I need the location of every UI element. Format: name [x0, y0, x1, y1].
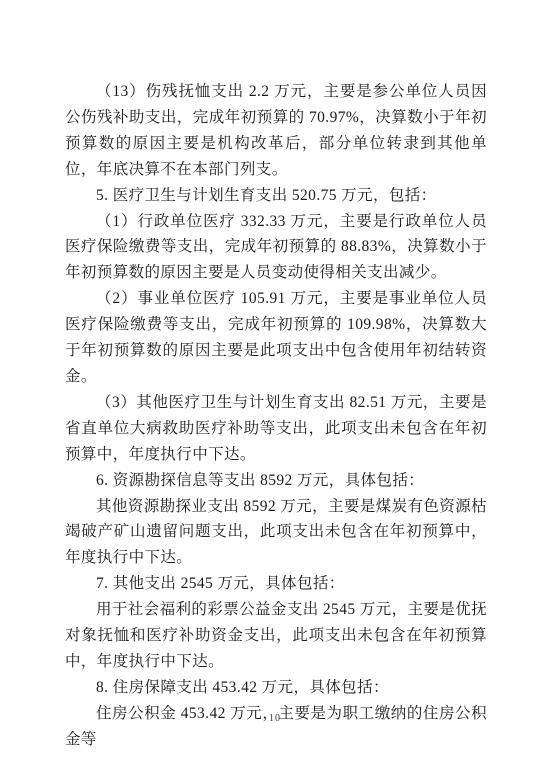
para-5-3-other-medical: （3）其他医疗卫生与计划生育支出 82.51 万元，主要是省直单位大病救助医疗补…	[65, 390, 487, 468]
heading-item-5-medical-health: 5. 医疗卫生与计划生育支出 520.75 万元，包括：	[65, 183, 487, 209]
document-page: （13）伤残抚恤支出 2.2 万元，主要是参公单位人员因公伤残补助支出，完成年初…	[0, 0, 550, 777]
heading-item-8-housing-security: 8. 住房保障支出 453.42 万元，具体包括：	[65, 675, 487, 701]
heading-item-7-other-expenditure: 7. 其他支出 2545 万元，具体包括：	[65, 571, 487, 597]
para-5-2-public-institution-medical: （2）事业单位医疗 105.91 万元，主要是事业单位人员医疗保险缴费等支出，完…	[65, 286, 487, 390]
para-7-lottery-welfare-fund: 用于社会福利的彩票公益金支出 2545 万元，主要是优抚对象抚恤和医疗补助资金支…	[65, 597, 487, 675]
para-13-disability-pension: （13）伤残抚恤支出 2.2 万元，主要是参公单位人员因公伤残补助支出，完成年初…	[65, 79, 487, 183]
para-5-1-admin-unit-medical: （1）行政单位医疗 332.33 万元，主要是行政单位人员医疗保险缴费等支出，完…	[65, 209, 487, 287]
para-6-other-resource-exploration: 其他资源勘探业支出 8592 万元，主要是煤炭有色资源枯竭破产矿山遗留问题支出，…	[65, 494, 487, 572]
page-number: 10	[0, 713, 550, 724]
document-body: （13）伤残抚恤支出 2.2 万元，主要是参公单位人员因公伤残补助支出，完成年初…	[65, 79, 487, 753]
para-8-housing-provident-fund: 住房公积金 453.42 万元，主要是为职工缴纳的住房公积金等	[65, 701, 487, 753]
heading-item-6-resource-exploration: 6. 资源勘探信息等支出 8592 万元，具体包括：	[65, 468, 487, 494]
